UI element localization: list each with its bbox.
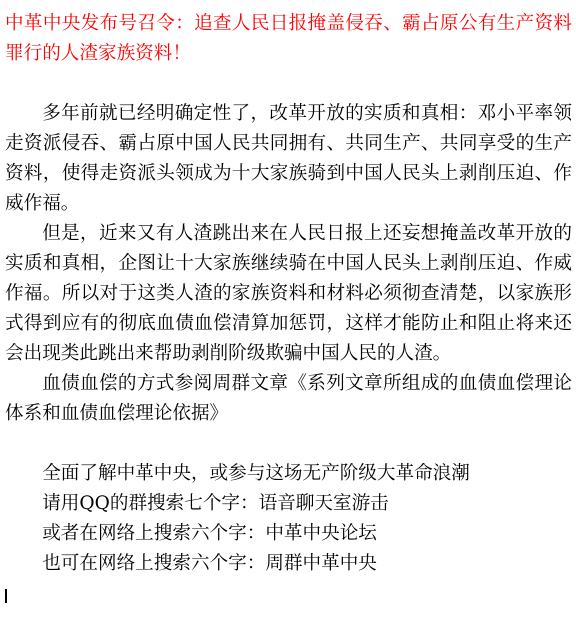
document-page[interactable]: 中革中央发布号召令：追查人民日报掩盖侵吞、霸占原公有生产资料罪行的人渣家族资料！…: [0, 0, 576, 618]
paragraph-1: 多年前就已经明确定性了，改革开放的实质和真相：邓小平率领走资派侵吞、霸占原中国人…: [5, 99, 572, 219]
contact-line-qq-search: 请用QQ的群搜索七个字：语音聊天室游击: [5, 489, 572, 519]
paragraph-3: 血债血偿的方式参阅周群文章《系列文章所组成的血债血偿理论体系和血债血偿理论依据》: [5, 369, 572, 429]
text-cursor: [5, 589, 7, 603]
document-title: 中革中央发布号召令：追查人民日报掩盖侵吞、霸占原公有生产资料罪行的人渣家族资料！: [5, 9, 572, 69]
contact-line-overview: 全面了解中革中央，或参与这场无产阶级大革命浪潮: [5, 459, 572, 489]
empty-last-line[interactable]: [5, 579, 572, 609]
contact-block: 全面了解中革中央，或参与这场无产阶级大革命浪潮 请用QQ的群搜索七个字：语音聊天…: [5, 459, 572, 579]
paragraph-2: 但是，近来又有人渣跳出来在人民日报上还妄想掩盖改革开放的实质和真相，企图让十大家…: [5, 219, 572, 369]
contact-line-web-search-forum: 或者在网络上搜索六个字：中革中央论坛: [5, 519, 572, 549]
contact-line-web-search-name: 也可在网络上搜索六个字：周群中革中央: [5, 549, 572, 579]
